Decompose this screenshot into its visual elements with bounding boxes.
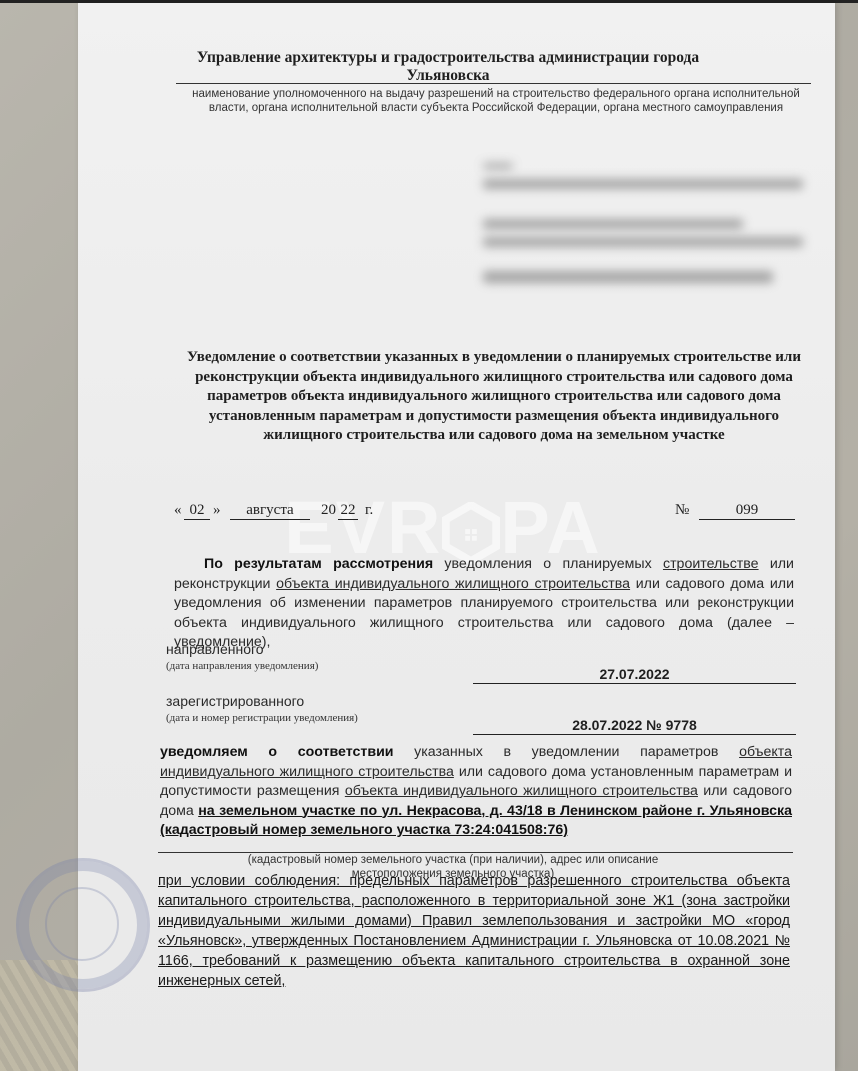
- sent-date-value: 27.07.2022: [473, 666, 796, 684]
- issue-year: 22: [338, 502, 358, 520]
- redacted-line: [483, 163, 513, 169]
- conditions-paragraph: при условии соблюдения: предельных парам…: [158, 871, 790, 991]
- close-quote: »: [213, 502, 221, 519]
- document-page: Управление архитектуры и градостроительс…: [78, 3, 835, 1071]
- redacted-line: [483, 237, 803, 247]
- sent-hint: (дата направления уведомления): [166, 660, 318, 672]
- official-seal-stamp: [16, 858, 150, 992]
- redacted-line: [483, 219, 743, 229]
- redacted-line: [483, 179, 803, 189]
- registered-label: зарегистрированного: [166, 693, 304, 709]
- redacted-line: [483, 271, 773, 283]
- organization-title: Управление архитектуры и градостроительс…: [188, 49, 708, 85]
- land-plot-location: на земельном участке по ул. Некрасова, д…: [160, 803, 792, 839]
- seal-inner-ring: [45, 887, 119, 961]
- issue-day: 02: [184, 502, 210, 520]
- intro-paragraph: По результатам рассмотрения уведомления …: [174, 555, 794, 653]
- registered-hint: (дата и номер регистрации уведомления): [166, 712, 358, 724]
- organization-caption: наименование уполномоченного на выдачу р…: [176, 87, 816, 115]
- sent-label: направленного: [166, 641, 264, 657]
- intro-text: уведомления о планируемых: [433, 556, 663, 572]
- document-title: Уведомление о соответствии указанных в у…: [174, 348, 814, 446]
- notice-text: указанных в уведомлении параметров: [394, 744, 740, 760]
- intro-underlined: строительстве: [663, 556, 759, 572]
- notice-underlined: объекта индивидуального жилищного строит…: [345, 783, 698, 799]
- organization-rule: [176, 83, 811, 84]
- notice-lead: уведомляем о соответствии: [160, 744, 394, 760]
- open-quote: «: [174, 502, 182, 519]
- number-label: №: [675, 502, 689, 519]
- year-prefix: 20: [321, 502, 336, 519]
- notice-paragraph: уведомляем о соответствии указанных в ув…: [160, 743, 792, 841]
- issue-month: августа: [230, 502, 310, 520]
- document-number: 099: [699, 502, 795, 520]
- intro-lead: По результатам рассмотрения: [204, 556, 433, 572]
- registered-value: 28.07.2022 № 9778: [473, 717, 796, 735]
- intro-underlined: объекта индивидуального жилищного строит…: [276, 576, 630, 592]
- year-unit: г.: [365, 502, 373, 519]
